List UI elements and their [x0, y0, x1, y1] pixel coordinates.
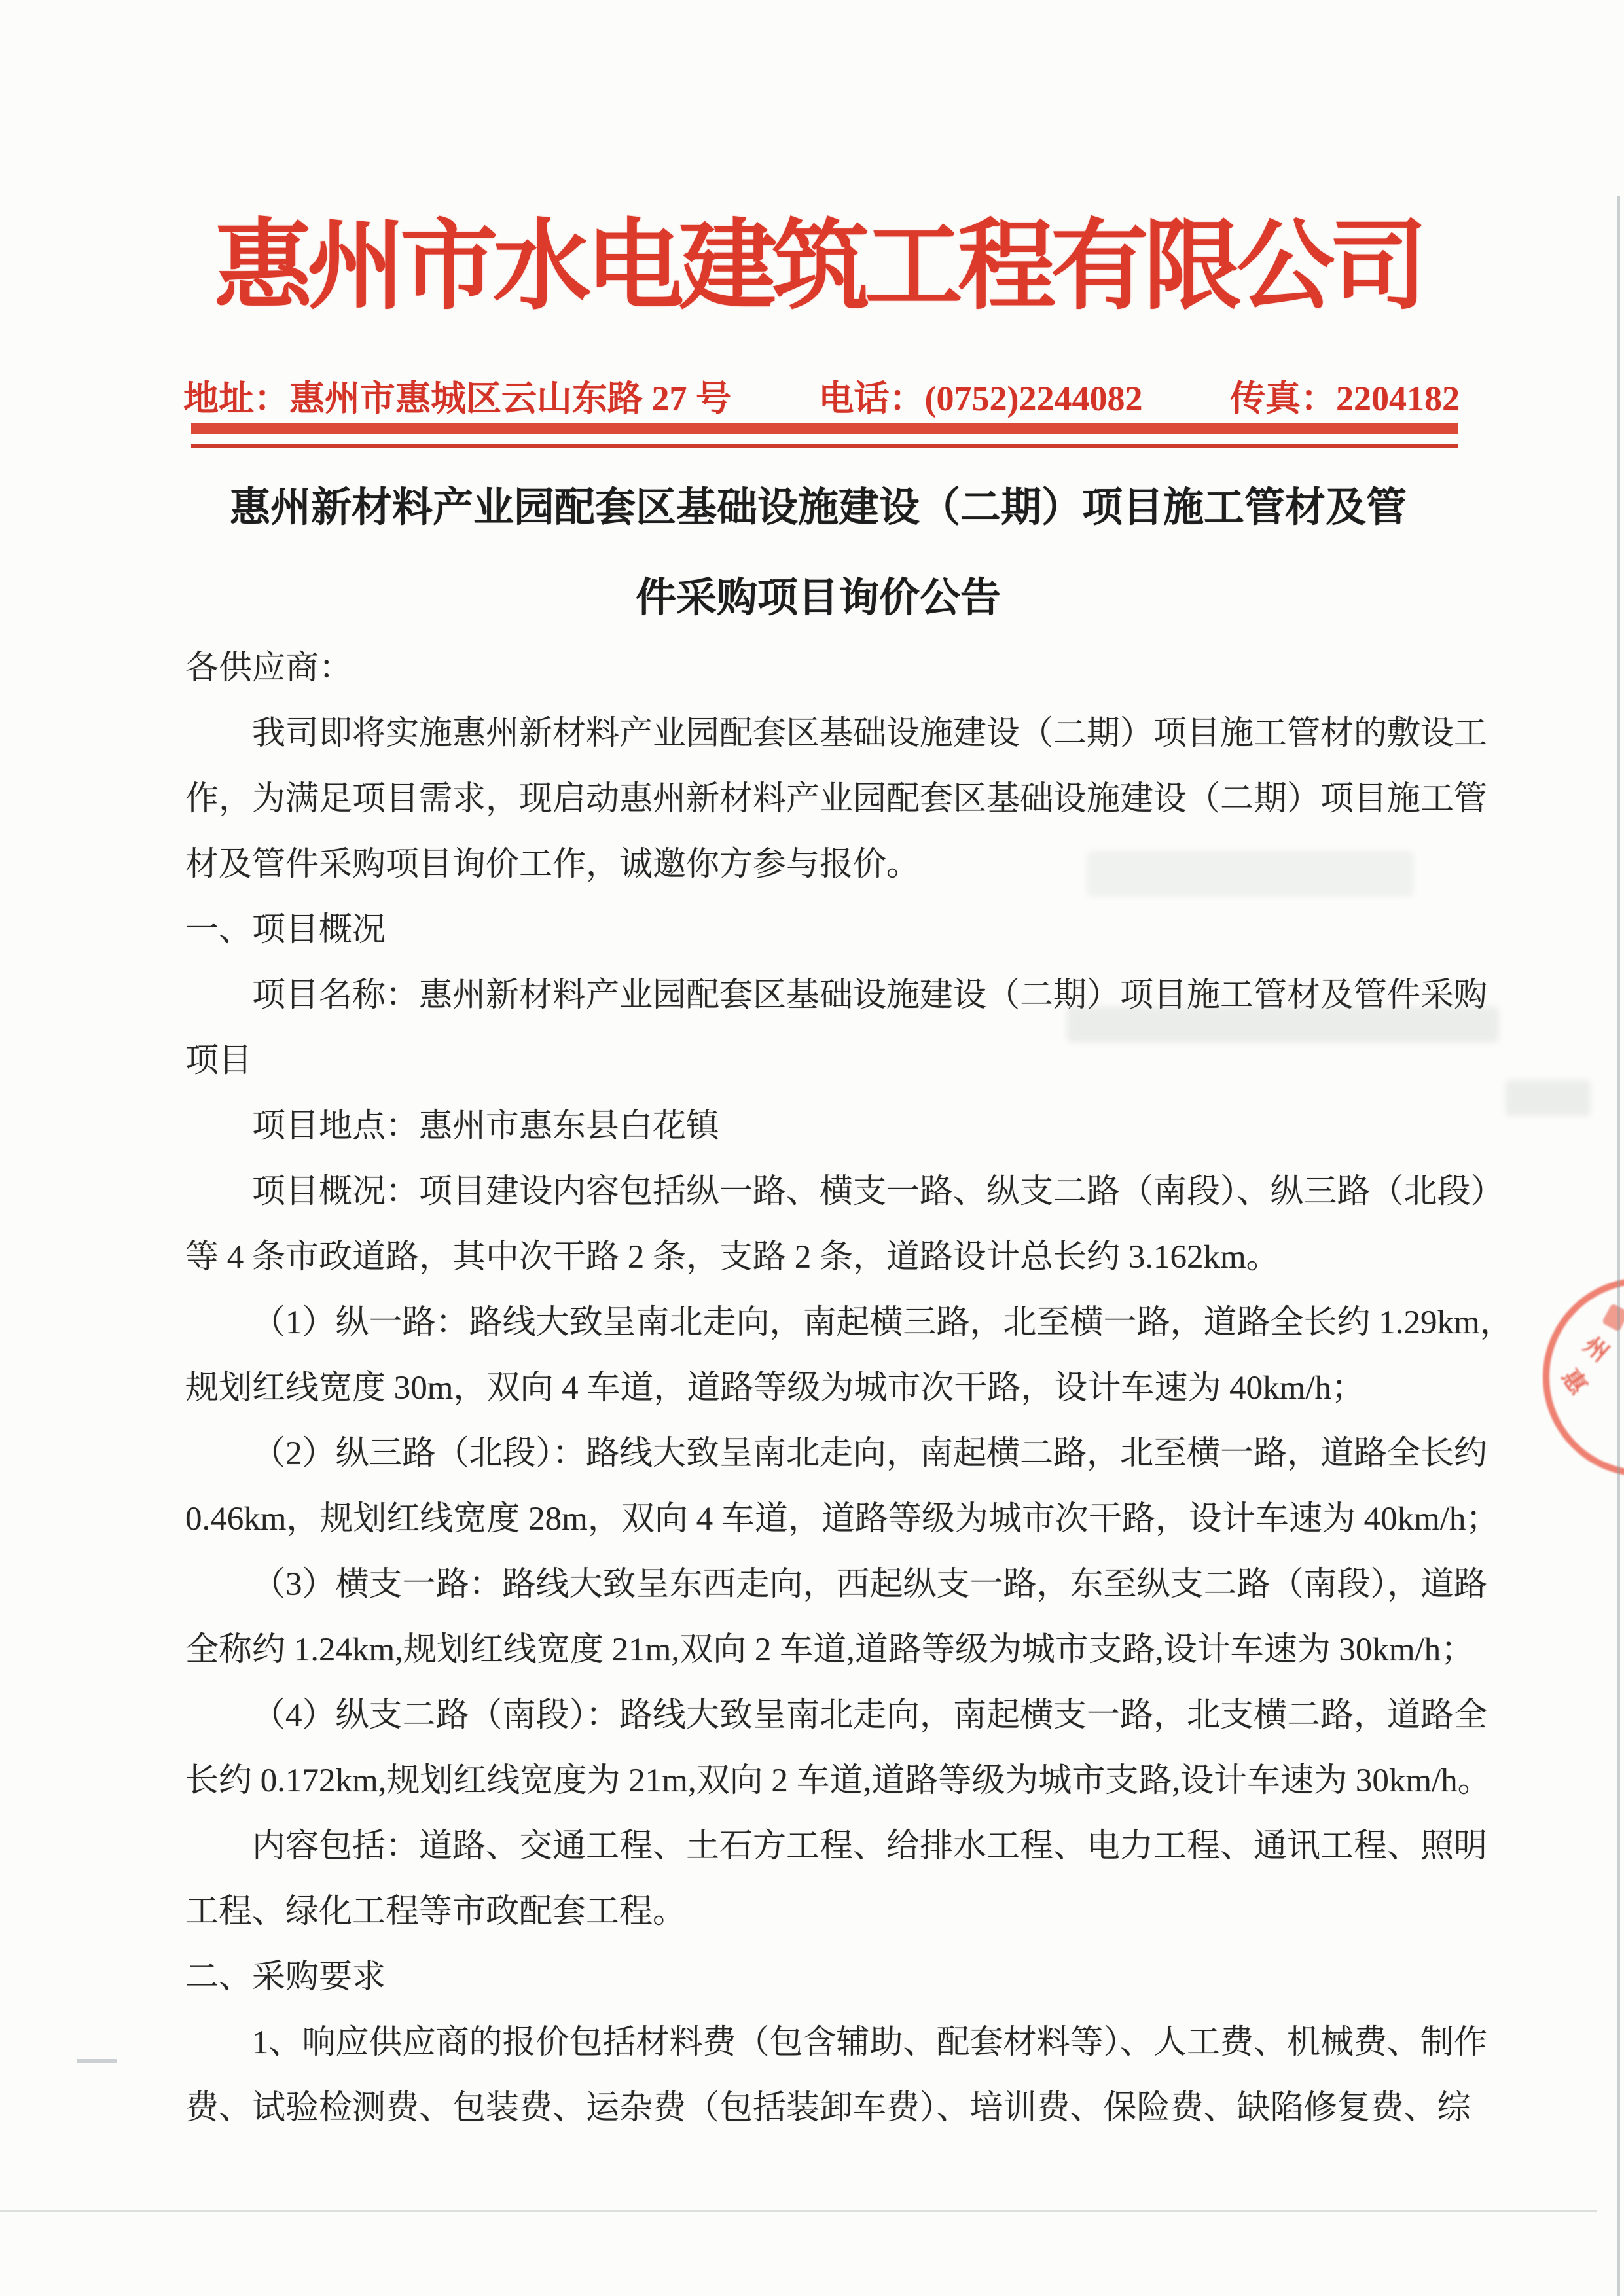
fax-text: 传真：2204182 [1230, 370, 1460, 421]
address-text: 地址：惠州市惠城区云山东路 27 号 [183, 370, 731, 421]
letterhead-rule-thick [191, 423, 1458, 434]
body-line: 各供应商： [185, 636, 1560, 701]
document-page: 惠州市水电建筑工程有限公司 地址：惠州市惠城区云山东路 27 号 电话：(075… [0, 0, 1624, 2296]
ink-bleed-smudge [1087, 851, 1414, 897]
body-line: 费、试验检测费、包装费、运杂费（包括装卸车费）、培训费、保险费、缺陷修复费、综 [185, 2075, 1560, 2141]
stamp-char: 惠 [1555, 1361, 1596, 1400]
scan-edge-line-bottom [0, 2210, 1597, 2212]
phone-text: 电话：(0752)2244082 [819, 370, 1143, 421]
body-line: 二、采购要求 [185, 1945, 1560, 2010]
ink-bleed-smudge [1067, 1007, 1499, 1043]
header-contact-row: 地址：惠州市惠城区云山东路 27 号 电话：(0752)2244082 传真：2… [183, 370, 1460, 421]
document-title: 惠州新材料产业园配套区基础设施建设（二期）项目施工管材及管 件采购项目询价公告 [111, 463, 1525, 643]
body-line: 0.46km，规划红线宽度 28m，双向 4 车道，道路等级为城市次干路，设计车… [185, 1486, 1560, 1552]
body-line: 全称约 1.24km,规划红线宽度 21m,双向 2 车道,道路等级为城市支路,… [185, 1617, 1560, 1683]
body-line: 长约 0.172km,规划红线宽度为 21m,双向 2 车道,道路等级为城市支路… [185, 1748, 1560, 1814]
ink-bleed-smudge [1506, 1080, 1591, 1116]
letterhead-rule-thin [191, 444, 1458, 448]
body-line: 规划红线宽度 30m，双向 4 车道，道路等级为城市次干路，设计车速为 40km… [185, 1355, 1560, 1421]
body-line: 等 4 条市政道路，其中次干路 2 条，支路 2 条，道路设计总长约 3.162… [185, 1225, 1560, 1290]
body-line: 我司即将实施惠州新材料产业园配套区基础设施建设（二期）项目施工管材的敷设工 [185, 701, 1560, 766]
body-line: （1）纵一路：路线大致呈南北走向，南起横三路，北至横一路，道路全长约 1.29k… [185, 1290, 1560, 1355]
body-line: （2）纵三路（北段）：路线大致呈南北走向，南起横二路，北至横一路，道路全长约 [185, 1421, 1560, 1486]
document-title-line1: 惠州新材料产业园配套区基础设施建设（二期）项目施工管材及管 [111, 463, 1525, 553]
scan-edge-dash-left [77, 2059, 117, 2063]
stamp-partial-glyph [1602, 1303, 1624, 1332]
body-line: 项目概况：项目建设内容包括纵一路、横支一路、纵支二路（南段）、纵三路（北段） [185, 1159, 1560, 1225]
company-name-heading: 惠州市水电建筑工程有限公司 [111, 187, 1525, 328]
body-line: （4）纵支二路（南段）：路线大致呈南北走向，南起横支一路，北支横二路，道路全 [185, 1683, 1560, 1748]
document-title-line2: 件采购项目询价公告 [111, 553, 1525, 643]
body-line: 项目地点：惠州市惠东县白花镇 [185, 1094, 1560, 1159]
body-line: 一、项目概况 [185, 897, 1560, 963]
body-line: 工程、绿化工程等市政配套工程。 [185, 1879, 1560, 1945]
body-line: （3）横支一路：路线大致呈东西走向，西起纵支一路，东至纵支二路（南段），道路 [185, 1552, 1560, 1617]
body-line: 作，为满足项目需求，现启动惠州新材料产业园配套区基础设施建设（二期）项目施工管 [185, 766, 1560, 832]
scan-edge-line-right [1617, 196, 1620, 2296]
body-line: 1、响应供应商的报价包括材料费（包含辅助、配套材料等）、人工费、机械费、制作 [185, 2010, 1560, 2075]
body-line: 内容包括：道路、交通工程、土石方工程、给排水工程、电力工程、通讯工程、照明 [185, 1814, 1560, 1879]
